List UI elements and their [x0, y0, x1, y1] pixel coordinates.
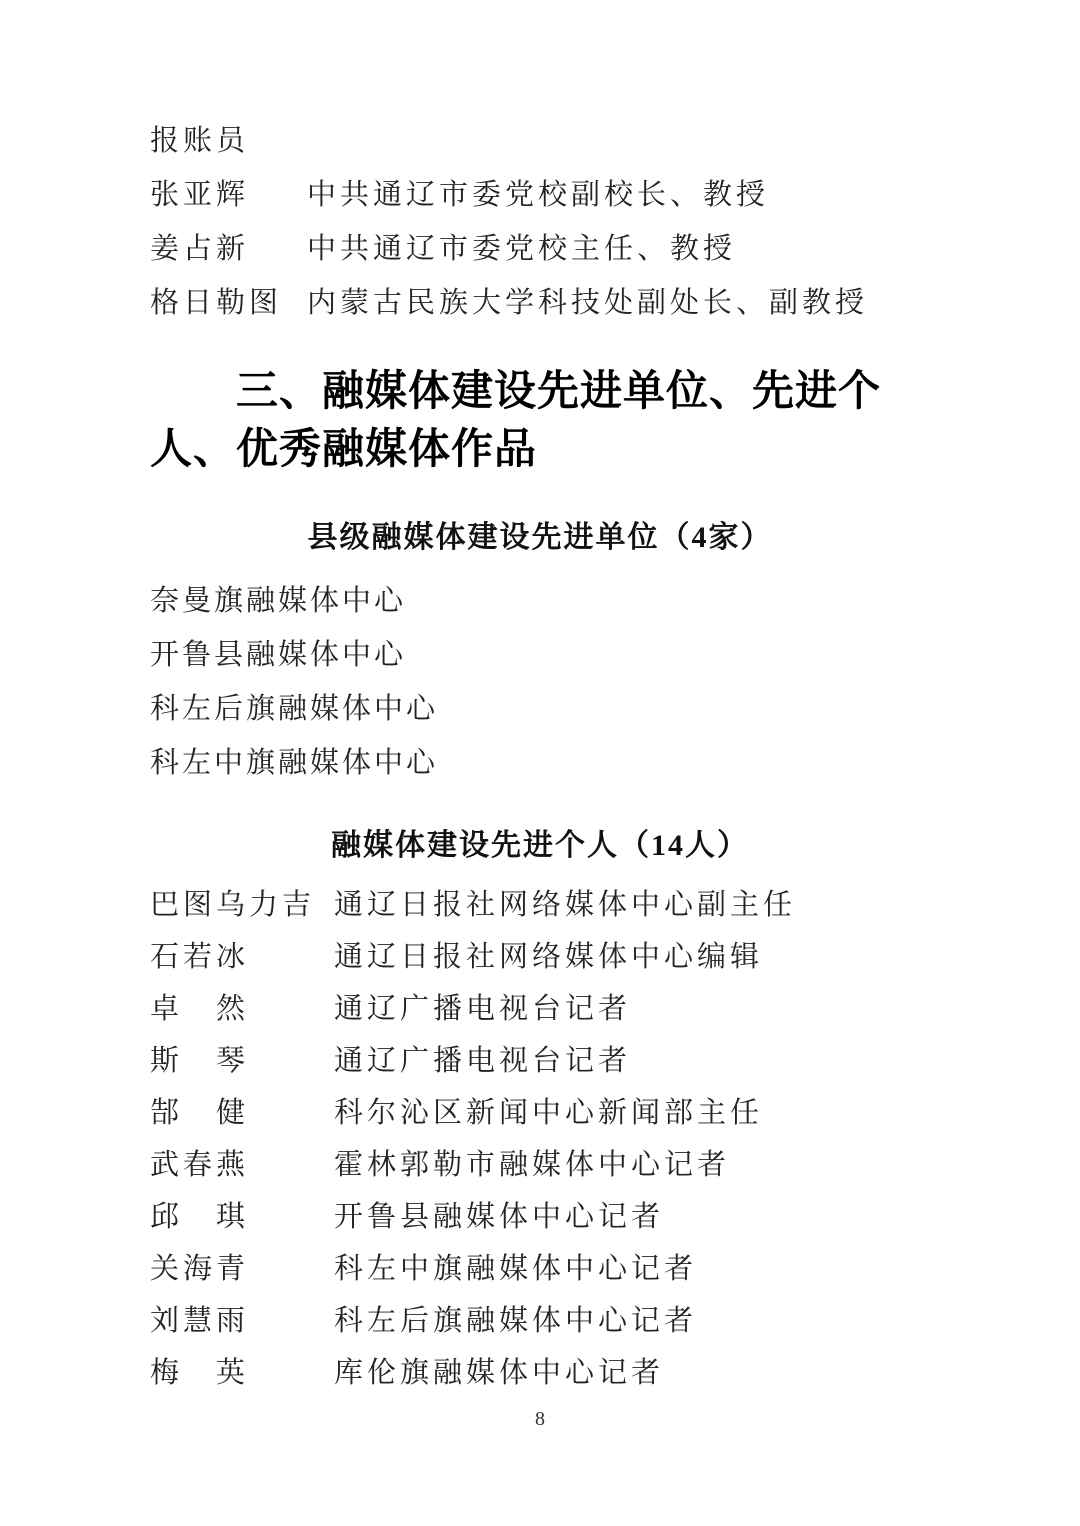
list-item: 卓 然 通辽广播电视台记者: [150, 986, 930, 1038]
list-item: 格日勒图 内蒙古民族大学科技处副处长、副教授: [150, 280, 930, 334]
person-name: 梅 英: [150, 1350, 334, 1391]
unit-name: 奈曼旗融媒体中心: [150, 578, 406, 619]
person-title: 霍林郭勒市融媒体中心记者: [334, 1142, 930, 1183]
page-number: 8: [0, 1408, 1080, 1431]
person-name: 张亚辉: [150, 172, 307, 213]
list-item: 邱 琪 开鲁县融媒体中心记者: [150, 1194, 930, 1246]
person-title: 库伦旗融媒体中心记者: [334, 1350, 930, 1391]
subsection-title-people: 融媒体建设先进个人（14人）: [150, 826, 930, 866]
person-name: 报账员: [150, 118, 307, 159]
document-page: 报账员 张亚辉 中共通辽市委党校副校长、教授 姜占新 中共通辽市委党校主任、教授…: [0, 0, 1080, 1526]
section-heading-line-2: 人、优秀融媒体作品: [150, 425, 537, 472]
person-title: 科左中旗融媒体中心记者: [334, 1246, 930, 1287]
list-item: 张亚辉 中共通辽市委党校副校长、教授: [150, 172, 930, 226]
list-item: 刘慧雨 科左后旗融媒体中心记者: [150, 1298, 930, 1350]
person-title: 中共通辽市委党校副校长、教授: [307, 172, 930, 213]
list-item: 开鲁县融媒体中心: [150, 632, 930, 686]
list-item: 报账员: [150, 118, 930, 172]
person-name: 格日勒图: [150, 280, 307, 321]
list-item: 科左中旗融媒体中心: [150, 740, 930, 794]
person-title: 通辽广播电视台记者: [334, 986, 930, 1027]
person-name: 斯 琴: [150, 1038, 334, 1079]
person-name: 巴图乌力吉: [150, 882, 334, 923]
list-item: 巴图乌力吉 通辽日报社网络媒体中心副主任: [150, 882, 930, 934]
section-heading-line-1: 三、融媒体建设先进单位、先进个: [236, 367, 881, 414]
person-title: 开鲁县融媒体中心记者: [334, 1194, 930, 1235]
unit-name: 科左后旗融媒体中心: [150, 686, 438, 727]
person-name: 石若冰: [150, 934, 334, 975]
person-name: 郜 健: [150, 1090, 334, 1131]
list-item: 关海青 科左中旗融媒体中心记者: [150, 1246, 930, 1298]
person-name: 邱 琪: [150, 1194, 334, 1235]
person-name: 武春燕: [150, 1142, 334, 1183]
person-title: 通辽日报社网络媒体中心编辑: [334, 934, 930, 975]
units-list: 奈曼旗融媒体中心 开鲁县融媒体中心 科左后旗融媒体中心 科左中旗融媒体中心: [150, 578, 930, 794]
person-name: 刘慧雨: [150, 1298, 334, 1339]
person-title: 内蒙古民族大学科技处副处长、副教授: [307, 280, 930, 321]
people-list: 巴图乌力吉 通辽日报社网络媒体中心副主任 石若冰 通辽日报社网络媒体中心编辑 卓…: [150, 882, 930, 1402]
person-title: 科尔沁区新闻中心新闻部主任: [334, 1090, 930, 1131]
subsection-title-units: 县级融媒体建设先进单位（4家）: [150, 518, 930, 558]
list-item: 奈曼旗融媒体中心: [150, 578, 930, 632]
person-title: 通辽日报社网络媒体中心副主任: [334, 882, 930, 923]
list-item: 斯 琴 通辽广播电视台记者: [150, 1038, 930, 1090]
person-title: 科左后旗融媒体中心记者: [334, 1298, 930, 1339]
list-item: 郜 健 科尔沁区新闻中心新闻部主任: [150, 1090, 930, 1142]
list-item: 科左后旗融媒体中心: [150, 686, 930, 740]
unit-name: 科左中旗融媒体中心: [150, 740, 438, 781]
person-name: 关海青: [150, 1246, 334, 1287]
list-item: 梅 英 库伦旗融媒体中心记者: [150, 1350, 930, 1402]
list-item: 武春燕 霍林郭勒市融媒体中心记者: [150, 1142, 930, 1194]
section-heading: 三、融媒体建设先进单位、先进个 人、优秀融媒体作品: [150, 362, 930, 478]
person-name: 卓 然: [150, 986, 334, 1027]
person-title: 中共通辽市委党校主任、教授: [307, 226, 930, 267]
person-title: 通辽广播电视台记者: [334, 1038, 930, 1079]
list-item: 石若冰 通辽日报社网络媒体中心编辑: [150, 934, 930, 986]
list-item: 姜占新 中共通辽市委党校主任、教授: [150, 226, 930, 280]
person-name: 姜占新: [150, 226, 307, 267]
unit-name: 开鲁县融媒体中心: [150, 632, 406, 673]
previous-section-continuation-list: 报账员 张亚辉 中共通辽市委党校副校长、教授 姜占新 中共通辽市委党校主任、教授…: [150, 118, 930, 334]
